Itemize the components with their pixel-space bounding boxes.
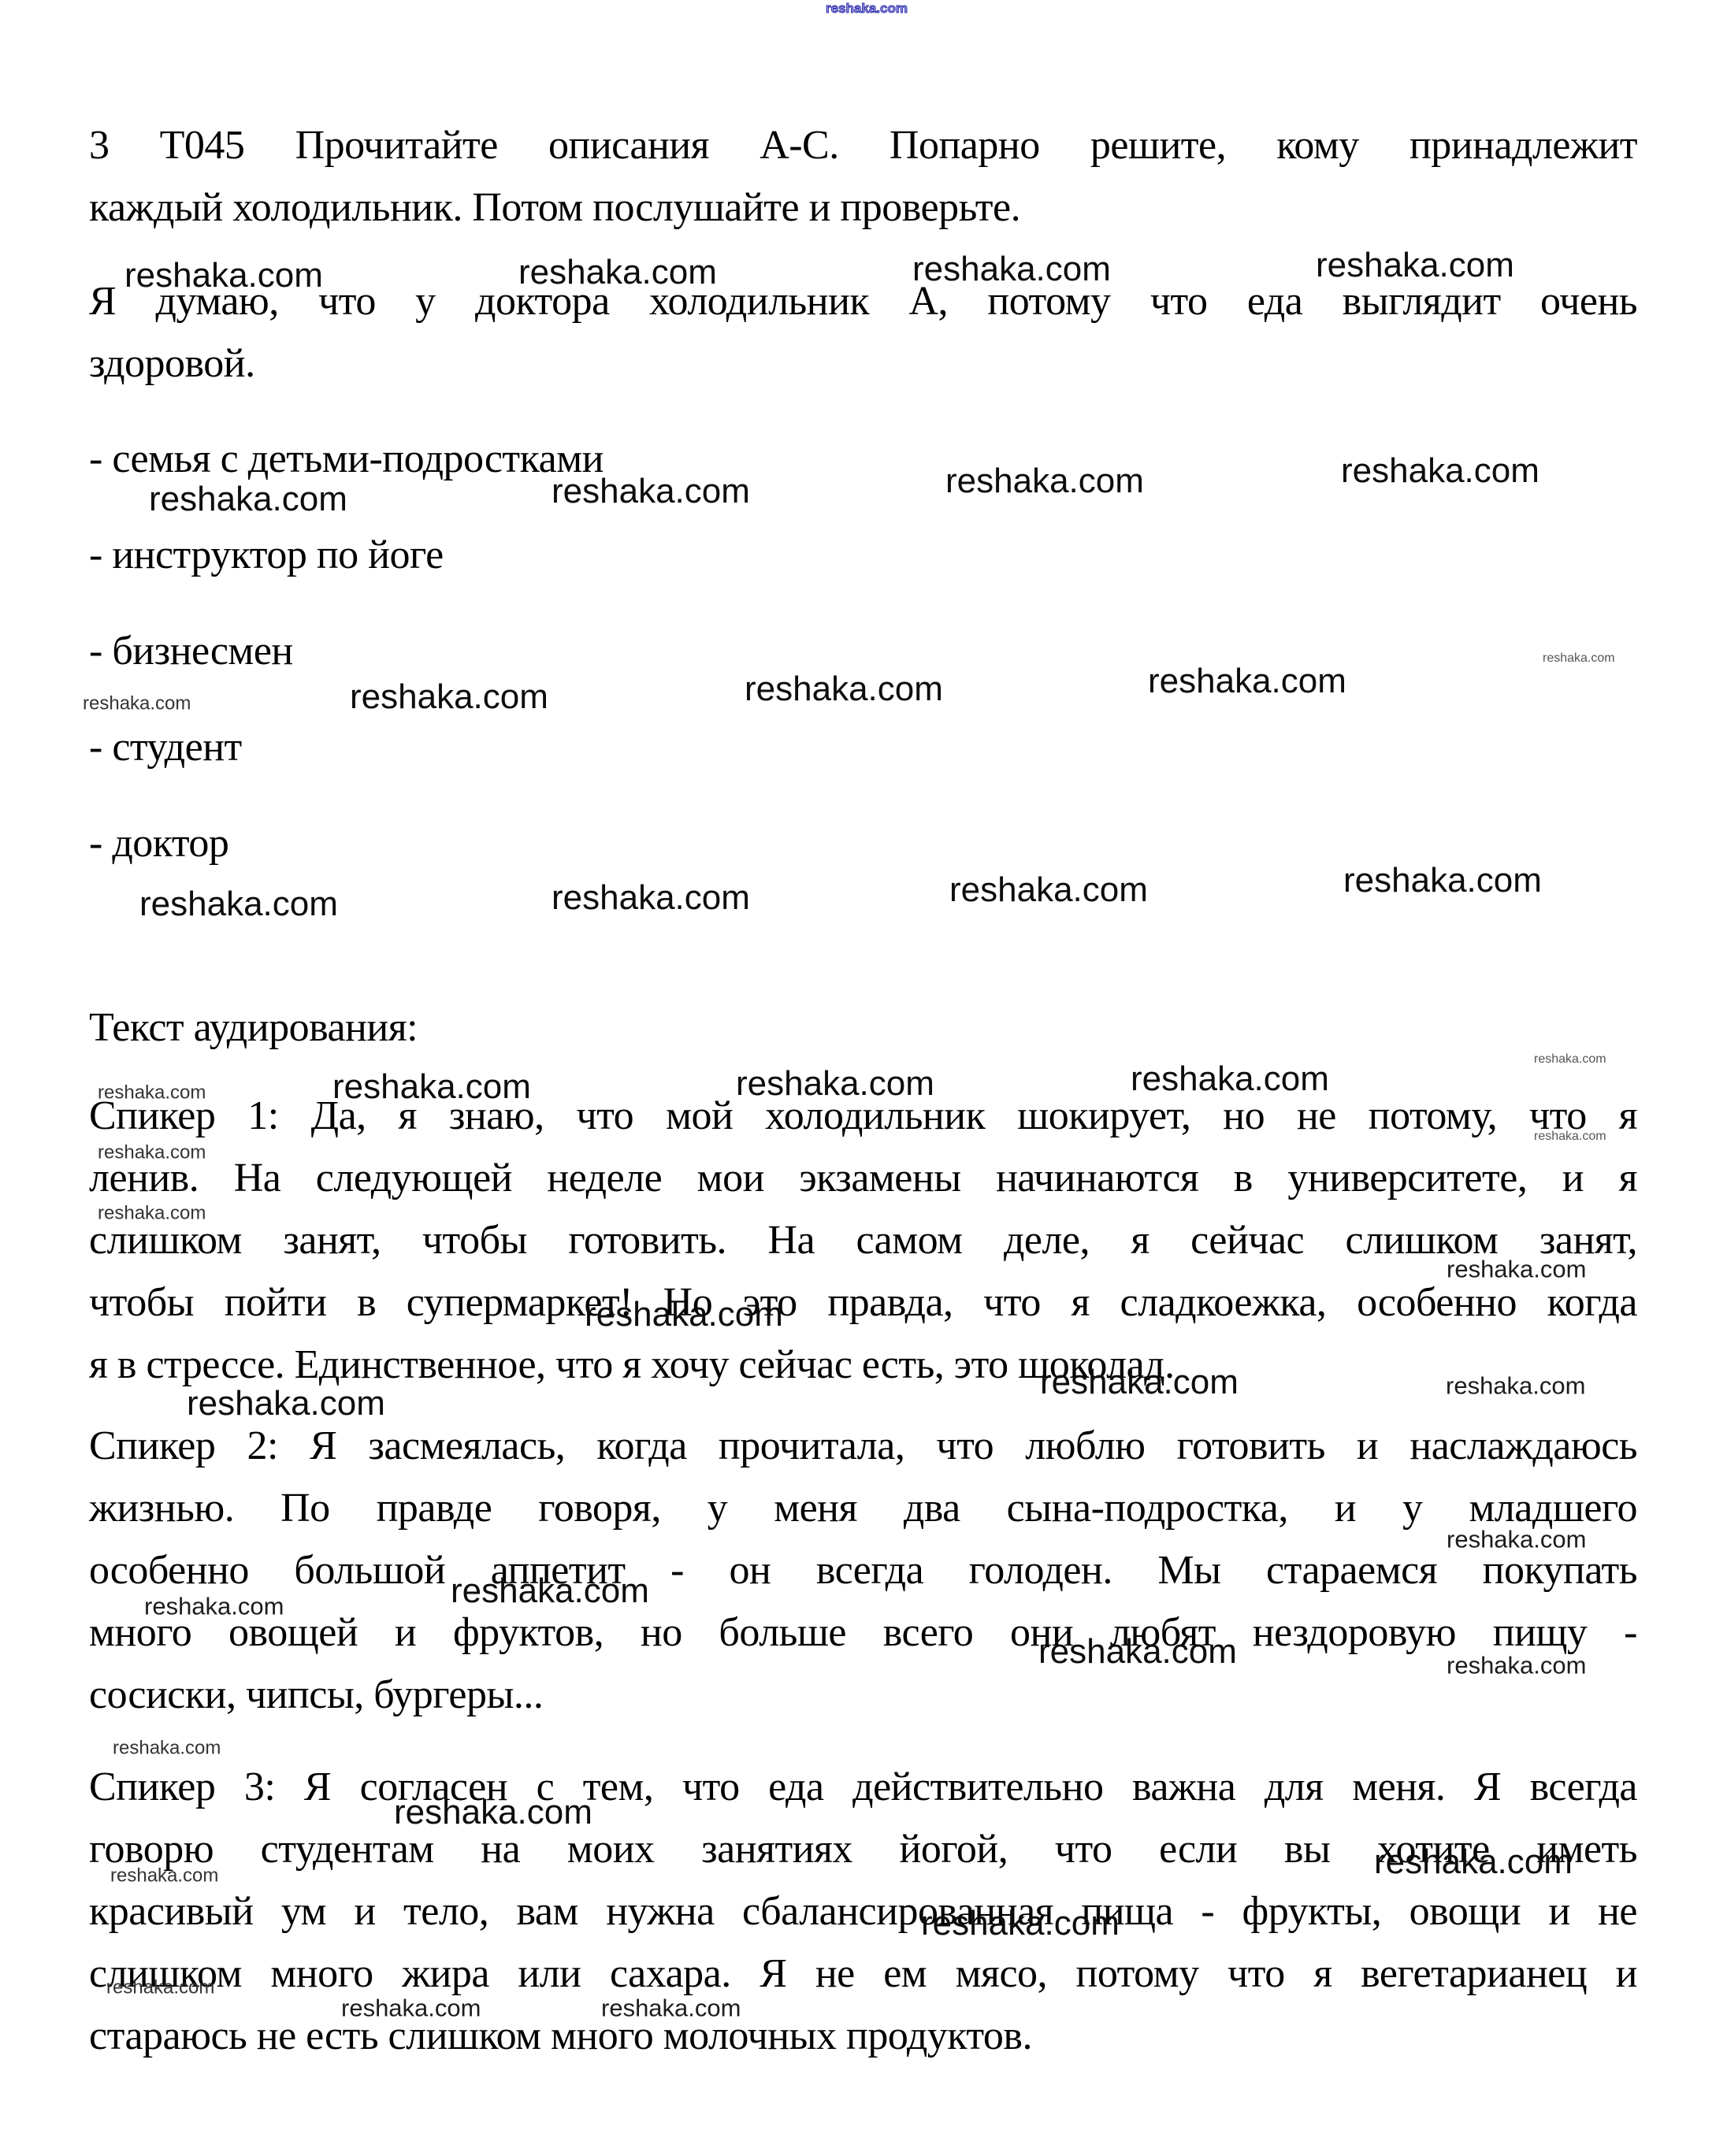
- watermark: reshaka.com: [1447, 1527, 1586, 1551]
- option-student: - студент: [89, 716, 1637, 778]
- text-line: слишком много жира или сахара. Я не ем м…: [89, 1943, 1637, 2005]
- text-line: красивый ум и тело, вам нужна сбалансиро…: [89, 1880, 1637, 1943]
- text-line: стараюсь не есть слишком много молочных …: [89, 2005, 1637, 2067]
- text-line: Текст аудирования:: [89, 996, 1637, 1059]
- text-line: слишком занят, чтобы готовить. На самом …: [89, 1209, 1637, 1271]
- watermark: reshaka.com: [912, 252, 1111, 287]
- text-line: здоровой.: [89, 332, 1637, 395]
- watermark: reshaka.com: [187, 1386, 385, 1421]
- watermark: reshaka.com: [745, 672, 943, 707]
- watermark: reshaka.com: [350, 680, 548, 714]
- speaker-1: Спикер 1: Да, я знаю, что мой холодильни…: [89, 1085, 1637, 1396]
- watermark: reshaka.com: [518, 255, 717, 290]
- task-intro: 3 Т045 Прочитайте описания А-С. Попарно …: [89, 114, 1637, 239]
- text-line: Спикер 2: Я засмеялась, когда прочитала,…: [89, 1415, 1637, 1477]
- watermark: reshaka.com: [98, 1084, 206, 1103]
- watermark: reshaka.com: [1343, 863, 1542, 898]
- text-line: Спикер 3: Я согласен с тем, что еда дейс…: [89, 1756, 1637, 1818]
- watermark: reshaka.com: [1038, 1635, 1237, 1669]
- watermark: reshaka.com: [1374, 1845, 1573, 1880]
- watermark: reshaka.com: [110, 1867, 218, 1886]
- speaker-3: Спикер 3: Я согласен с тем, что еда дейс…: [89, 1756, 1637, 2067]
- watermark: reshaka.com: [341, 1995, 481, 2020]
- watermark: reshaka.com: [332, 1070, 531, 1104]
- watermark: reshaka.com: [1534, 1130, 1606, 1143]
- document-page: 3 Т045 Прочитайте описания А-С. Попарно …: [0, 0, 1727, 2156]
- watermark: reshaka.com: [1446, 1373, 1585, 1397]
- watermark: reshaka.com: [394, 1795, 592, 1830]
- watermark: reshaka.com: [736, 1067, 934, 1101]
- speaker-2: Спикер 2: Я засмеялась, когда прочитала,…: [89, 1415, 1637, 1726]
- watermark: reshaka.com: [921, 1906, 1120, 1941]
- watermark: reshaka.com: [601, 1995, 741, 2020]
- watermark: reshaka.com: [98, 1204, 206, 1223]
- text-line: чтобы пойти в супермаркет! Но это правда…: [89, 1271, 1637, 1334]
- text-line: ленив. На следующей неделе мои экзамены …: [89, 1147, 1637, 1209]
- watermark: reshaka.com: [1543, 652, 1615, 665]
- text-line: особенно большой аппетит - он всегда гол…: [89, 1539, 1637, 1601]
- watermark: reshaka.com: [1534, 1053, 1606, 1066]
- watermark: reshaka.com: [1131, 1062, 1329, 1097]
- watermark: reshaka.com: [98, 1144, 206, 1163]
- text-line: много овощей и фруктов, но больше всего …: [89, 1601, 1637, 1664]
- watermark-site-logo: reshaka.com: [826, 2, 908, 15]
- watermark: reshaka.com: [1148, 664, 1346, 699]
- transcript-heading: Текст аудирования:: [89, 996, 1637, 1059]
- text-line: - студент: [89, 716, 1637, 778]
- watermark: reshaka.com: [1341, 454, 1539, 488]
- option-yoga: - инструктор по йоге: [89, 524, 1637, 586]
- text-line: 3 Т045 Прочитайте описания А-С. Попарно …: [89, 114, 1637, 176]
- text-line: каждый холодильник. Потом послушайте и п…: [89, 176, 1637, 239]
- watermark: reshaka.com: [144, 1594, 284, 1618]
- watermark: reshaka.com: [585, 1297, 783, 1332]
- watermark: reshaka.com: [83, 695, 191, 714]
- watermark: reshaka.com: [451, 1574, 649, 1609]
- watermark: reshaka.com: [945, 464, 1144, 499]
- watermark: reshaka.com: [1040, 1365, 1239, 1400]
- watermark: reshaka.com: [149, 482, 347, 517]
- watermark: reshaka.com: [552, 881, 750, 915]
- watermark: reshaka.com: [1316, 248, 1514, 283]
- watermark: reshaka.com: [1447, 1653, 1586, 1677]
- watermark: reshaka.com: [1447, 1256, 1586, 1281]
- text-line: сосиски, чипсы, бургеры...: [89, 1664, 1637, 1726]
- text-line: жизнью. По правде говоря, у меня два сын…: [89, 1477, 1637, 1539]
- watermark: reshaka.com: [139, 887, 338, 922]
- watermark: reshaka.com: [552, 474, 750, 509]
- text-line: - инструктор по йоге: [89, 524, 1637, 586]
- watermark: reshaka.com: [106, 1979, 214, 1998]
- watermark: reshaka.com: [124, 258, 323, 293]
- watermark: reshaka.com: [113, 1739, 221, 1758]
- watermark: reshaka.com: [949, 873, 1148, 907]
